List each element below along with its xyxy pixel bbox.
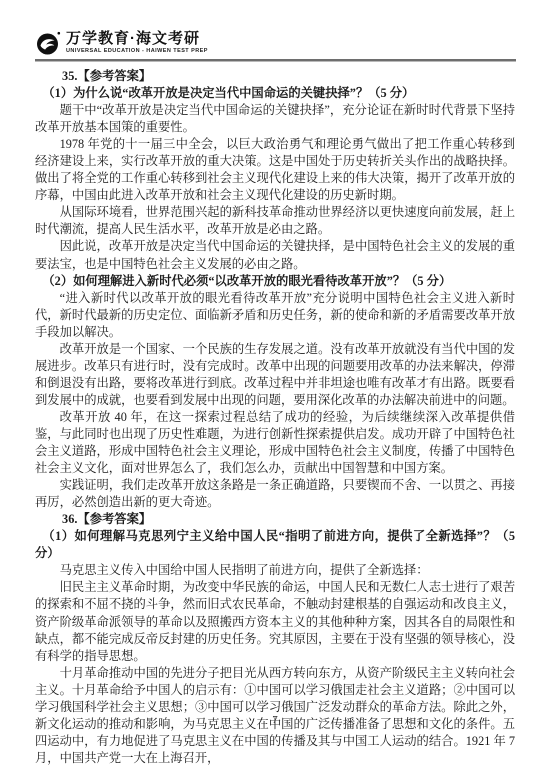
page-footer: 7 [0, 714, 550, 726]
q36-part1-question: （1）如何理解马克思列宁主义给中国人民“指明了前进方向，提供了全新选择”？（5 … [35, 528, 515, 562]
q35-part2-answer-p1: “进入新时代以改革开放的眼光看待改革开放”充分说明中国特色社会主义进入新时代，新… [35, 290, 515, 341]
q35-answer-heading: 35.【参考答案】 [35, 68, 515, 85]
brand-name-chinese: 万学教育·海文考研 [66, 30, 208, 47]
q35-part1-answer-p4: 因此说，改革开放是决定当代中国命运的关键抉择，是中国特色社会主义的发展的重要法宝… [35, 238, 515, 272]
q35-part2-answer-p4: 实践证明，我们走改革开放这条路是一条正确道路，只要锲而不舍、一以贯之、再接再厉，… [35, 477, 515, 511]
page-header: 万学教育·海文考研 UNIVERSAL EDUCATION - HAIWEN T… [35, 30, 516, 62]
document-page: 万学教育·海文考研 UNIVERSAL EDUCATION - HAIWEN T… [0, 0, 550, 773]
trademark-dot [58, 32, 61, 35]
haiwen-swirl-logo-icon [36, 30, 61, 57]
q35-part1-question: （1）为什么说“改革开放是决定当代中国命运的关键抉择”？（5 分） [35, 85, 515, 102]
header-divider [35, 59, 516, 62]
q35-part2-question: （2）如何理解进入新时代必须“以改革开放的眼光看待改革开放”？（5 分） [35, 273, 515, 290]
q35-part1-answer-p3: 从国际环境看，世界范围兴起的新科技革命推动世界经济以更快速度向前发展，赶上时代潮… [35, 204, 515, 238]
q36-part1-answer-p2: 旧民主主义革命时期，为改变中华民族的命运，中国人民和无数仁人志士进行了艰苦的探索… [35, 579, 515, 664]
q36-answer-heading: 36.【参考答案】 [35, 511, 515, 528]
q35-part2-answer-p3: 改革开放 40 年，在这一探索过程总结了成功的经验，为后续继续深入改革提供借鉴，… [35, 409, 515, 477]
brand-text: 万学教育·海文考研 UNIVERSAL EDUCATION - HAIWEN T… [66, 30, 208, 54]
q36-part1-answer-p1: 马克思主义传入中国给中国人民指明了前进方向，提供了全新选择： [35, 562, 515, 579]
q35-part2-answer-p2: 改革开放是一个国家、一个民族的生存发展之道。没有改革开放就没有当代中国的发展进步… [35, 341, 515, 409]
q35-part1-answer-p1: 题干中“改革开放是决定当代中国命运的关键抉择”，充分论证在新时时代背景下坚持改革… [35, 102, 515, 136]
brand-name-english: UNIVERSAL EDUCATION - HAIWEN TEST PREP [66, 48, 208, 54]
answer-content: 35.【参考答案】 （1）为什么说“改革开放是决定当代中国命运的关键抉择”？（5… [35, 68, 515, 767]
brand-logo: 万学教育·海文考研 UNIVERSAL EDUCATION - HAIWEN T… [35, 30, 516, 57]
q35-part1-answer-p2: 1978 年党的十一届三中全会，以巨大政治勇气和理论勇气做出了把工作重心转移到经… [35, 136, 515, 204]
page-number: 7 [272, 714, 278, 726]
